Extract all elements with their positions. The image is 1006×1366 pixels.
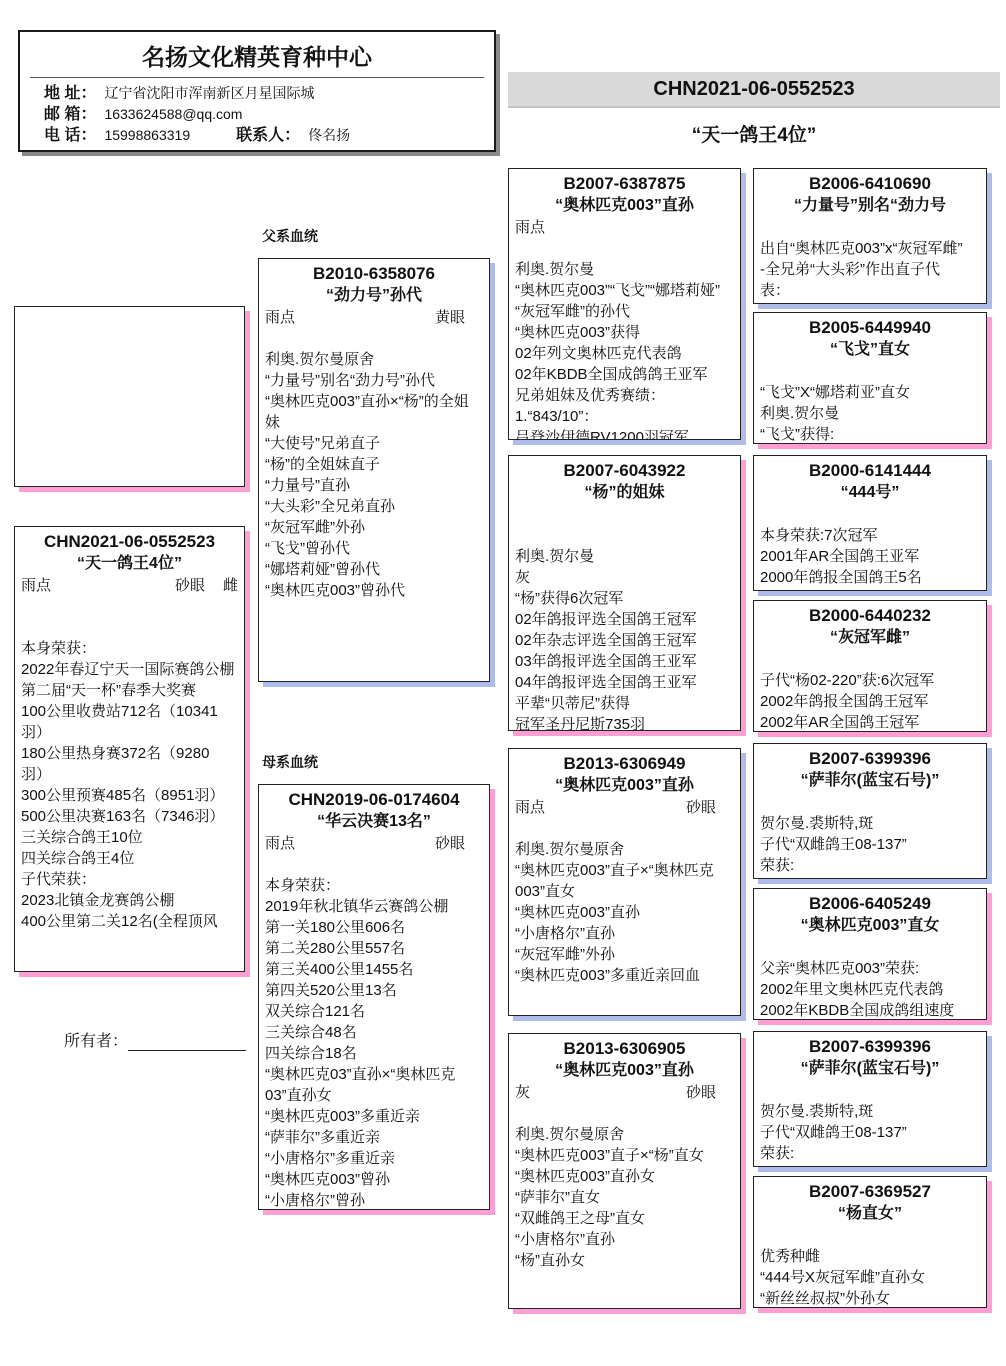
bird-name: “444号” xyxy=(760,482,980,504)
pedigree-box-main-bird: CHN2021-06-0552523 “天一鸽王4位” 雨点砂眼雌 本身荣获： … xyxy=(14,526,245,972)
bird-name: “奥林匹克003”直孙 xyxy=(515,195,734,217)
ring-number: B2013-6306905 xyxy=(515,1037,734,1060)
bird-name: “华云决赛13名” xyxy=(265,811,483,833)
ring-number-banner: CHN2021-06-0552523 xyxy=(508,72,1000,108)
bird-name: “杨直女” xyxy=(760,1203,980,1225)
bird-name: “飞戈”直女 xyxy=(760,339,980,361)
bird-details: 利奥.贺尔曼原舍 “力量号”别名“劲力号”孙代 “奥林匹克003”直孙×“杨”的… xyxy=(265,328,483,601)
email-label: 邮 箱： xyxy=(44,106,96,123)
pedigree-box-paternal-grandmother: B2007-6043922 “杨”的姐妹 利奥.贺尔曼 灰 “杨”获得6次冠军 … xyxy=(508,455,741,731)
pedigree-box-great-grandparent-6: B2006-6405249 “奥林匹克003”直女 父亲“奥林匹克003”荣获:… xyxy=(753,888,987,1020)
ring-number: CHN2019-06-0174604 xyxy=(265,788,483,811)
pedigree-box-great-grandparent-3: B2000-6141444 “444号” 本身荣获:7次冠军 2001年AR全国… xyxy=(753,455,987,591)
bird-attributes xyxy=(760,361,980,382)
bird-name: “奥林匹克003”直孙 xyxy=(515,775,734,797)
eye-color: 砂眼 xyxy=(175,575,205,596)
bird-name: “力量号”别名“劲力号 xyxy=(760,195,980,217)
ring-number: B2007-6399396 xyxy=(760,1035,980,1058)
pedigree-box-great-grandparent-5: B2007-6399396 “萨菲尔(蓝宝石号)” 贺尔曼.裘斯特,斑 子代“双… xyxy=(753,743,987,879)
ring-number: B2000-6440232 xyxy=(760,604,980,627)
bird-title-banner: “天一鸽王4位” xyxy=(508,120,1000,147)
bird-attributes: 雨点砂眼雌 xyxy=(21,575,238,596)
address-row: 地 址：辽宁省沈阳市浑南新区月星国际城 xyxy=(44,83,494,104)
bird-details: 本身荣获： 2019年秋北镇华云赛鸽公棚 第一关180公里606名 第二关280… xyxy=(265,854,483,1210)
bird-details: 利奥.贺尔曼 灰 “杨”获得6次冠军 02年鸽报评选全国鸽王冠军 02年杂志评选… xyxy=(515,525,734,731)
bird-details: 贺尔曼.裘斯特,斑 子代“双雌鸽王08-137” 荣获: xyxy=(760,1101,980,1164)
bird-attributes: 灰砂眼 xyxy=(515,1082,734,1103)
owner-label: 所有者： xyxy=(64,1033,128,1050)
bird-name: “奥林匹克003”直孙 xyxy=(515,1060,734,1082)
feather-color: 雨点 xyxy=(265,307,295,328)
pedigree-box-great-grandparent-2: B2005-6449940 “飞戈”直女 “飞戈”X“娜塔莉亚”直女 利奥.贺尔… xyxy=(753,312,987,444)
feather-color: 雨点 xyxy=(265,833,295,854)
bird-details: 利奥.贺尔曼原舍 “奥林匹克003”直子×“奥林匹克003”直女 “奥林匹克00… xyxy=(515,818,734,986)
bird-name: “杨”的姐妹 xyxy=(515,482,734,504)
bird-attributes: 雨点砂眼 xyxy=(515,797,734,818)
bird-details: 优秀种雌 “444号X灰冠军雌”直孙女 “新丝丝叔叔”外孙女 xyxy=(760,1246,980,1308)
feather-color: 雨点 xyxy=(515,217,545,238)
bird-details: 本身荣获:7次冠军 2001年AR全国鸽王亚军 2000年鸽报全国鸽王5名 xyxy=(760,525,980,588)
bird-attributes: 雨点砂眼 xyxy=(265,833,483,854)
bird-name: “劲力号”孙代 xyxy=(265,285,483,307)
bird-attributes xyxy=(515,504,734,525)
ring-number: B2007-6387875 xyxy=(515,172,734,195)
bird-attributes xyxy=(760,792,980,813)
bird-name: “灰冠军雌” xyxy=(760,627,980,649)
bird-details: 利奥.贺尔曼原舍 “奥林匹克003”直子×“杨”直女 “奥林匹克003”直孙女 … xyxy=(515,1103,734,1271)
eye-color: 黄眼 xyxy=(435,307,465,328)
phone-label: 电 话： xyxy=(44,127,96,144)
pedigree-box-maternal-grandfather: B2013-6306949 “奥林匹克003”直孙 雨点砂眼 利奥.贺尔曼原舍 … xyxy=(508,748,741,1016)
bird-attributes xyxy=(760,937,980,958)
eye-color: 砂眼 xyxy=(686,797,716,818)
phone-value: 15998863319 xyxy=(104,127,190,143)
bird-details: “飞戈”X“娜塔莉亚”直女 利奥.贺尔曼 “飞戈”获得: xyxy=(760,382,980,444)
breeding-center-card: 名扬文化精英育种中心 地 址：辽宁省沈阳市浑南新区月星国际城 邮 箱：16336… xyxy=(18,30,496,152)
address-value: 辽宁省沈阳市浑南新区月星国际城 xyxy=(104,85,314,101)
maternal-bloodline-label: 母系血统 xyxy=(262,752,318,772)
ring-number: B2010-6358076 xyxy=(265,262,483,285)
bird-details: 贺尔曼.裘斯特,斑 子代“双雌鸽王08-137” 荣获: xyxy=(760,813,980,876)
bird-attributes xyxy=(760,649,980,670)
eye-color: 砂眼 xyxy=(686,1082,716,1103)
bird-attributes: 雨点 xyxy=(515,217,734,238)
eye-color: 砂眼 xyxy=(435,833,465,854)
pedigree-box-great-grandparent-8: B2007-6369527 “杨直女” 优秀种雌 “444号X灰冠军雌”直孙女 … xyxy=(753,1176,987,1308)
bird-name: “萨菲尔(蓝宝石号)” xyxy=(760,770,980,792)
feather-color: 灰 xyxy=(515,1082,530,1103)
pedigree-box-father: B2010-6358076 “劲力号”孙代 雨点黄眼 利奥.贺尔曼原舍 “力量号… xyxy=(258,258,490,682)
bird-name: “萨菲尔(蓝宝石号)” xyxy=(760,1058,980,1080)
bird-details: 本身荣获： 2022年春辽宁天一国际赛鸽公棚 第二届“天一杯”春季大奖赛 100… xyxy=(21,596,238,932)
sex: 雌 xyxy=(223,575,238,596)
pedigree-box-mother: CHN2019-06-0174604 “华云决赛13名” 雨点砂眼 本身荣获： … xyxy=(258,784,490,1210)
bird-attributes xyxy=(760,217,980,238)
ring-number: B2007-6399396 xyxy=(760,747,980,770)
bird-details: 子代“杨02-220”获:6次冠军 2002年鸽报全国鸽王冠军 2002年AR全… xyxy=(760,670,980,732)
phone-row: 电 话：15998863319联系人：佟名扬 xyxy=(44,125,494,146)
ring-number: CHN2021-06-0552523 xyxy=(21,530,238,553)
bird-attributes: 雨点黄眼 xyxy=(265,307,483,328)
paternal-bloodline-label: 父系血统 xyxy=(262,226,318,246)
breeding-center-title: 名扬文化精英育种中心 xyxy=(30,32,484,78)
bird-attributes xyxy=(760,504,980,525)
bird-attributes xyxy=(760,1225,980,1246)
email-value: 1633624588@qq.com xyxy=(104,106,242,122)
bird-details: 父亲“奥林匹克003”荣获: 2002年里文奥林匹克代表鸽 2002年KBDB全… xyxy=(760,958,980,1020)
ring-number: B2000-6141444 xyxy=(760,459,980,482)
bird-name: “天一鸽王4位” xyxy=(21,553,238,575)
feather-color: 雨点 xyxy=(21,575,51,596)
bird-details: 出自“奥林匹克003”x“灰冠军雌” -全兄弟“大头彩”作出直子代 表： xyxy=(760,238,980,301)
owner-row: 所有者： xyxy=(64,1028,246,1051)
ring-number: B2013-6306949 xyxy=(515,752,734,775)
ring-number: B2006-6405249 xyxy=(760,892,980,915)
pedigree-box-great-grandparent-1: B2006-6410690 “力量号”别名“劲力号 出自“奥林匹克003”x“灰… xyxy=(753,168,987,304)
pedigree-box-great-grandparent-7: B2007-6399396 “萨菲尔(蓝宝石号)” 贺尔曼.裘斯特,斑 子代“双… xyxy=(753,1031,987,1167)
bird-details: 利奥.贺尔曼 “奥林匹克003”“飞戈”“娜塔莉娅” “灰冠军雌”的孙代 “奥林… xyxy=(515,238,734,440)
contact-value: 佟名扬 xyxy=(308,127,350,143)
pedigree-box-maternal-grandmother: B2013-6306905 “奥林匹克003”直孙 灰砂眼 利奥.贺尔曼原舍 “… xyxy=(508,1033,741,1309)
bird-name: “奥林匹克003”直女 xyxy=(760,915,980,937)
owner-signature-line xyxy=(128,1034,246,1051)
ring-number: B2007-6369527 xyxy=(760,1180,980,1203)
ring-number: B2007-6043922 xyxy=(515,459,734,482)
pedigree-box-great-grandparent-4: B2000-6440232 “灰冠军雌” 子代“杨02-220”获:6次冠军 2… xyxy=(753,600,987,732)
bird-attributes xyxy=(760,1080,980,1101)
contact-label: 联系人： xyxy=(236,127,300,144)
ring-number: B2006-6410690 xyxy=(760,172,980,195)
ring-number: B2005-6449940 xyxy=(760,316,980,339)
pedigree-box-paternal-grandfather: B2007-6387875 “奥林匹克003”直孙 雨点 利奥.贺尔曼 “奥林匹… xyxy=(508,168,741,440)
feather-color: 雨点 xyxy=(515,797,545,818)
email-row: 邮 箱：1633624588@qq.com xyxy=(44,104,494,125)
breeding-center-info: 地 址：辽宁省沈阳市浑南新区月星国际城 邮 箱：1633624588@qq.co… xyxy=(20,78,494,146)
photo-placeholder-box xyxy=(14,306,245,487)
address-label: 地 址： xyxy=(44,85,96,102)
